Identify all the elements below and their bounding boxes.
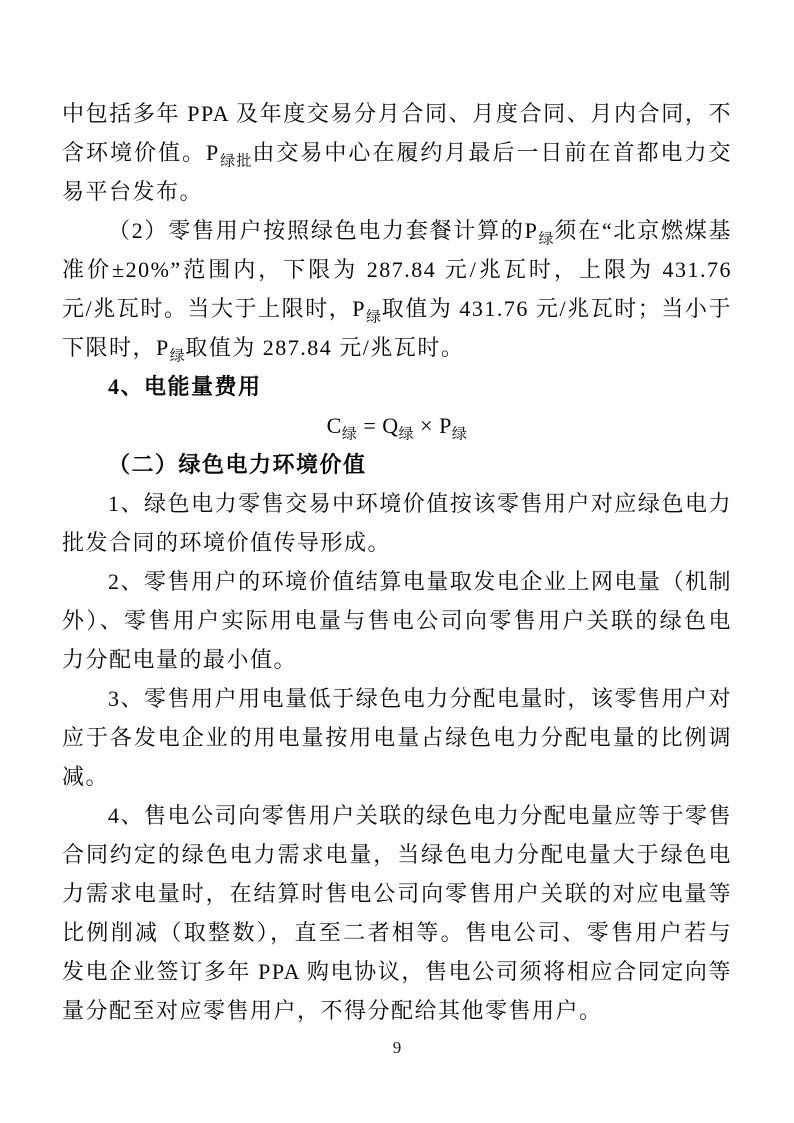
paragraph-item-2: 2、零售用户的环境价值结算电量取发电企业上网电量（机制外）、零售用户实际用电量与… — [62, 562, 732, 679]
document-page: 中包括多年 PPA 及年度交易分月合同、月度合同、月内合同，不含环境价值。P绿批… — [0, 0, 794, 1123]
subscript-green-wholesale: 绿批 — [220, 153, 253, 169]
paragraph-price-limits-text: 取值为 287.84 元/兆瓦时。 — [185, 335, 464, 360]
subscript-green: 绿 — [170, 348, 186, 364]
paragraph-item-1: 1、绿色电力零售交易中环境价值按该零售用户对应绿色电力批发合同的环境价值传导形成… — [62, 484, 732, 562]
formula-term: C — [327, 413, 342, 438]
page-number: 9 — [0, 1038, 794, 1058]
formula-green-energy-cost: C绿 = Q绿 × P绿 — [62, 406, 732, 445]
paragraph-continuation: 中包括多年 PPA 及年度交易分月合同、月度合同、月内合同，不含环境价值。P绿批… — [62, 94, 732, 211]
document-body: 中包括多年 PPA 及年度交易分月合同、月度合同、月内合同，不含环境价值。P绿批… — [62, 94, 732, 1030]
paragraph-price-limits: （2）零售用户按照绿色电力套餐计算的P绿须在“北京燃煤基准价±20%”范围内，下… — [62, 211, 732, 367]
formula-term: = Q — [357, 413, 398, 438]
formula-term: × P — [414, 413, 452, 438]
subscript-green: 绿 — [452, 426, 468, 442]
paragraph-item-3: 3、零售用户用电量低于绿色电力分配电量时，该零售用户对应于各发电企业的用电量按用… — [62, 679, 732, 796]
subscript-green: 绿 — [538, 231, 554, 247]
subscript-green: 绿 — [366, 309, 382, 325]
subscript-green: 绿 — [342, 426, 358, 442]
subscript-green: 绿 — [399, 426, 415, 442]
paragraph-item-4: 4、售电公司向零售用户关联的绿色电力分配电量应等于零售合同约定的绿色电力需求电量… — [62, 796, 732, 1030]
heading-section-two: （二）绿色电力环境价值 — [62, 445, 732, 484]
paragraph-price-limits-text: （2）零售用户按照绿色电力套餐计算的P — [108, 218, 538, 243]
heading-energy-fee: 4、电能量费用 — [62, 367, 732, 406]
